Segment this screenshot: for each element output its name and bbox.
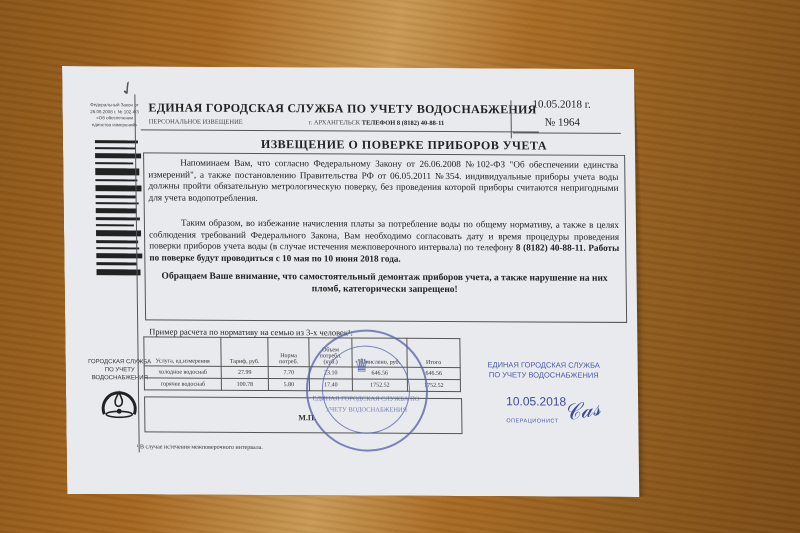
operator-role: ОПЕРАЦИОНИСТ (506, 418, 558, 424)
operator-date: 10.05.2018 (506, 394, 566, 408)
city-phone: г. АРХАНГЕЛЬСК ТЕЛЕФОН 8 (8182) 40-88-11 (309, 119, 445, 127)
seal-text: ЕДИНАЯ ГОРОДСКАЯ СЛУЖБА ПО УЧЕТУ ВОДОСНА… (310, 393, 422, 416)
paragraph-schedule: Таким образом, во избежание начисления п… (149, 217, 620, 265)
notice-title: ИЗВЕЩЕНИЕ О ПОВЕРКЕ ПРИБОРОВ УЧЕТА (261, 137, 547, 153)
check-mark-icon: ✓ (116, 76, 140, 102)
eagle-emblem-icon: ♛ (354, 356, 370, 377)
number-underline (513, 132, 621, 134)
notice-body: Напоминаем Вам, что согласно Федеральном… (143, 152, 627, 323)
water-drop-logo-icon (98, 384, 140, 422)
paragraph-warning: Обращаем Ваше внимание, что самостоятель… (150, 271, 620, 296)
notice-paper: ✓ Федеральный Закон от 26.06.2008 г. № 1… (62, 66, 639, 497)
notice-date: 10.05.2018 г. (532, 98, 590, 110)
signature-icon: 𝒞𝒶𝓈 (562, 396, 602, 427)
footnote: ¹ В случае истечения межповерочного инте… (137, 444, 263, 451)
paragraph-reminder: Напоминаем Вам, что согласно Федеральном… (148, 157, 619, 205)
header-divider (141, 129, 539, 132)
notice-number: № 1964 (545, 117, 580, 129)
official-seal-stamp: ♛ ЕДИНАЯ ГОРОДСКАЯ СЛУЖБА ПО УЧЕТУ ВОДОС… (305, 329, 429, 452)
phone: ТЕЛЕФОН 8 (8182) 40-88-11 (362, 120, 445, 127)
notice-type: ПЕРСОНАЛЬНОЕ ИЗВЕЩЕНИЕ (149, 118, 243, 125)
operator-organization: ЕДИНАЯ ГОРОДСКАЯ СЛУЖБА ПО УЧЕТУ ВОДОСНА… (482, 360, 606, 381)
city: г. АРХАНГЕЛЬСК (309, 119, 361, 126)
organization-title: ЕДИНАЯ ГОРОДСКАЯ СЛУЖБА ПО УЧЕТУ ВОДОСНА… (148, 100, 536, 117)
